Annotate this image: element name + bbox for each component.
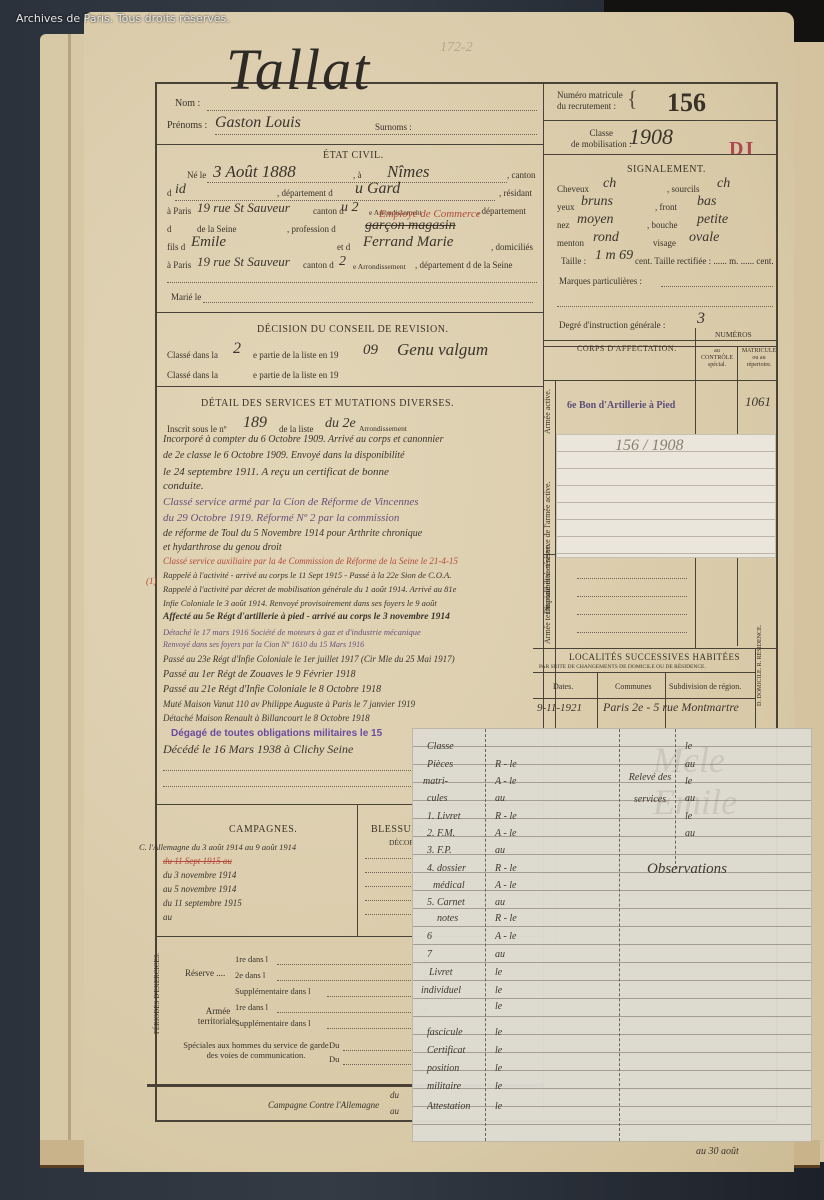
- prenoms-label: Prénoms :: [167, 120, 207, 131]
- pencil-note: 172-2: [440, 40, 473, 56]
- degage-stamp: Dégagé de toutes obligations militaires …: [171, 728, 382, 739]
- di-stamp: DI: [729, 138, 755, 161]
- releve-services-label: Relevé des services: [623, 767, 677, 811]
- observations-label: Observations: [647, 861, 727, 878]
- birth-department: u Gard: [355, 180, 400, 198]
- localite-commune: Paris 2e - 5 rue Montmartre: [603, 700, 739, 715]
- surname-handwritten: Tallat: [226, 36, 371, 103]
- armee-active-value: 6e Bon d'Artillerie à Pied: [567, 400, 675, 411]
- slip-number: 156 / 1908: [615, 437, 683, 455]
- pasted-slip-small: 156 / 1908: [556, 434, 776, 558]
- father-name: Emile: [191, 234, 226, 251]
- periodes-side-label: PÉRIODES D'EXERCICES.: [153, 953, 161, 1034]
- nom-label: Nom :: [175, 98, 200, 109]
- signalement-title: SIGNALEMENT.: [627, 164, 706, 175]
- matricule-label: Numéro matriculedu recrutement :: [557, 90, 623, 112]
- copyright-watermark: Archives de Paris. Tous droits réservés.: [16, 12, 230, 25]
- footer-campaign-note: Campagne Contre l'Allemagne: [268, 1100, 379, 1110]
- conseil-revision-title: DÉCISION DU CONSEIL DE REVISION.: [257, 324, 448, 335]
- profession-value: garçon magasin: [365, 218, 456, 234]
- corps-affectation-title: CORPS D'AFFECTATION.: [577, 344, 677, 353]
- localite-date: 9-11-1921: [537, 702, 582, 714]
- matricule-number: 156: [667, 88, 706, 118]
- classe-label: Classede mobilisation :: [571, 128, 632, 150]
- bottom-stamp-note: au 30 août: [696, 1146, 739, 1157]
- birth-date: 3 Août 1888: [213, 162, 296, 182]
- campagnes-title: CAMPAGNES.: [229, 824, 297, 835]
- localites-title: LOCALITÉS SUCCESSIVES HABITÉES: [569, 652, 740, 662]
- surnoms-label: Surnoms :: [375, 122, 412, 132]
- revision-decision-note: Genu valgum: [397, 340, 488, 360]
- pasted-slip-large: Mcle Emile Classe Pièces matri- cules 1.…: [412, 728, 812, 1142]
- death-record: Décédé le 16 Mars 1938 à Clichy Seine: [163, 742, 353, 757]
- birth-place: Nîmes: [387, 162, 430, 182]
- services-title: DÉTAIL DES SERVICES ET MUTATIONS DIVERSE…: [201, 398, 454, 409]
- prenoms-value: Gaston Louis: [215, 114, 301, 132]
- residence-address: 19 rue St Sauveur: [197, 200, 290, 216]
- margin-note: (1): [146, 576, 157, 586]
- classe-value: 1908: [629, 124, 673, 150]
- mother-name: Ferrand Marie: [363, 234, 453, 251]
- marie-label: Marié le: [171, 292, 201, 302]
- etat-civil-title: ÉTAT CIVIL.: [323, 150, 384, 161]
